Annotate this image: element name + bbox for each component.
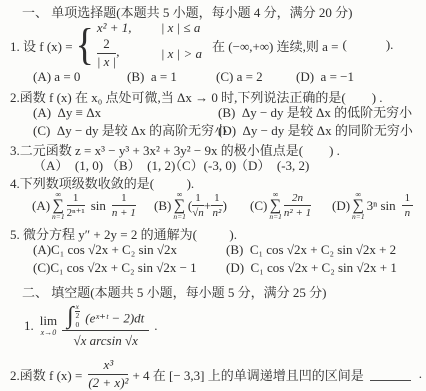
q4-option-c-label: (C) [250,198,267,214]
q3-option-c: （C）(-3, 0) [169,158,235,173]
q4-option-b: (B) ∞∑n=1 ( 1√n + 1n² ) [154,191,250,221]
q1-piecewise-cases: x² + 1, | x | ≤ a 2| x |, | x | > a [97,21,202,69]
section2-question-1: 1. lim x→0 ∫x20 (eˣ⁺ᵗ − 2)dt √x arcsin √… [24,303,422,349]
q1-fraction-numerator: 2 [97,37,116,53]
q1-case2-comma: , [116,44,119,59]
s2q1-numerator: ∫x20 (eˣ⁺ᵗ − 2)dt [62,303,149,331]
q4-option-b-label: (B) [154,198,171,214]
q2-option-a: (A) Δy ≡ Δx [33,105,218,121]
s2q2-prefix: 2.函数 f (x) = [10,365,82,384]
q1-option-c: (C) a = 2 [216,69,296,84]
q5-option-d: (D) C₁ cos √2x + C₂ sin √2x + 1 [226,260,422,276]
q1-case2-condition: | x | > a [161,47,202,60]
integral-limits: x20 [75,303,80,328]
s2q2-period: . [419,366,422,382]
s2q2-fraction-denominator: (2 + x)² [88,375,128,390]
q1-case-row-1: x² + 1, | x | ≤ a [97,21,202,34]
section2-question-2: 2.函数 f (x) = x³ (2 + x)² + 4 在 [− 3,3] 上… [10,355,422,391]
question-4-text: 4.下列数项级数收敛的是( ). [10,176,422,191]
s2q1-main-fraction: ∫x20 (eˣ⁺ᵗ − 2)dt √x arcsin √x [62,303,149,349]
q5-option-c: (C)C₁ cos √2x + C₂ sin √2x − 1 [33,260,226,276]
summation-sigma-icon: ∞∑n=1 [52,191,65,221]
q1-fraction: 2| x | [97,37,116,69]
section1-header: 一、 单项选择题(本题共 5 小题，每小题 4 分，满分 20 分) [22,5,422,21]
q1-tail-text: 在 (−∞,+∞) 连续,则 a = [212,36,338,55]
exam-scan-page: 一、 单项选择题(本题共 5 小题，每小题 4 分，满分 20 分) 1. 设 … [0,0,426,391]
q2-option-b: (B) Δy − dy 是较 Δx 的低阶无穷小 [218,105,422,121]
question-2-text: 2.函数 f (x) 在 x₀ 点处可微,当 Δx → 0 时,下列说法正确的是… [10,90,422,105]
q5-option-b: (B) C₁ cos √2x + C₂ sin √2x + 2 [226,242,422,258]
q4-b-fraction-2: 1n² [211,192,223,219]
q4-b-fraction-1: 1√n [192,192,204,219]
summation-sigma-icon: ∞∑n=1 [173,191,186,221]
q4-option-d: (D) ∞∑n=1 3ⁿ sin 1n [332,191,413,221]
limit-operator: lim x→0 [40,314,57,337]
q4-option-a: (A) ∞∑n=1 12ⁿ⁺¹ sin 1n + 1 [32,191,154,221]
q1-answer-paren: ( ). [343,37,394,53]
q1-case-row-2: 2| x |, | x | > a [97,37,202,69]
q2-options: (A) Δy ≡ Δx (B) Δy − dy 是较 Δx 的低阶无穷小 (C)… [33,105,422,139]
q4-d-fraction: 1n [402,192,414,219]
s2q1-denominator: √x arcsin √x [62,331,149,349]
limit-subscript: x→0 [41,329,57,338]
q3-option-b: （B） (1, 2) [106,158,169,173]
q1-case2-expr: 2| x |, [97,37,161,69]
s2q2-fraction-numerator: x³ [88,358,128,374]
q4-b-close-paren: ) [223,198,227,214]
question-3-text: 3.二元函数 z = x³ − y³ + 3x² + 3y² − 9x 的极小值… [10,143,422,158]
q1-fraction-denominator: | x | [97,54,116,69]
integral-lower-limit: 0 [75,321,80,329]
q1-brace-symbol: { [76,23,94,68]
q5-options: (A)C₁ cos √2x + C₂ sin √2x (B) C₁ cos √2… [33,242,422,276]
integral-group: ∫x20 [67,303,80,328]
s2q1-number: 1. [24,318,34,334]
section2-header: 二、 填空题(本题共 5 小题，每小题 5 分，满分 25 分) [22,285,422,301]
q4-option-a-label: (A) [32,198,50,214]
question-5-text: 5. 微分方程 y″ + 2y = 2 的通解为( ). [10,227,422,242]
q5-option-a: (A)C₁ cos √2x + C₂ sin √2x [33,242,226,258]
integral-sign-icon: ∫ [67,304,74,328]
q4-c-fraction: 2nn² + 1 [284,192,311,219]
limit-text: lim [40,314,57,328]
summation-sigma-icon: ∞∑n=1 [352,191,365,221]
question-1: 1. 设 f (x) = { x² + 1, | x | ≤ a 2| x |,… [10,23,422,67]
q4-d-prefix: 3ⁿ sin [367,198,396,214]
q3-options: （A） (1, 0) （B） (1, 2) （C）(-3, 0) （D） (-3… [33,158,422,173]
summation-sigma-icon: ∞∑n=1 [269,191,282,221]
integral-upper-limit: x2 [75,303,80,319]
q4-options: (A) ∞∑n=1 12ⁿ⁺¹ sin 1n + 1 (B) ∞∑n=1 ( 1… [32,191,422,221]
q1-option-a: (A) a = 0 [33,69,127,84]
q1-case1-condition: | x | ≤ a [161,21,201,34]
q2-option-c: (C) Δy − dy 是较 Δx 的高阶无穷小 [33,123,218,139]
q4-a-fraction-2: 1n + 1 [112,192,136,219]
s2q1-integrand: (eˣ⁺ᵗ − 2)dt [85,311,144,326]
q4-option-d-label: (D) [332,198,350,214]
s2q2-tail: + 4 在 [− 3,3] 上的单调递增且凹的区间是 [132,365,363,384]
q1-options: (A) a = 0 (B) a = 1 (C) a = 2 (D) a = −1 [33,69,422,84]
s2q2-fraction: x³ (2 + x)² [88,358,128,390]
q1-case1-expr: x² + 1, [97,21,161,34]
s2q1-period: . [154,318,157,334]
q4-a-sin: sin [91,198,106,214]
q4-b-plus: + [204,198,211,214]
q4-a-fraction-1: 12ⁿ⁺¹ [67,192,85,219]
q1-option-b: (B) a = 1 [127,69,216,84]
q1-option-d: (D) a = −1 [296,69,354,84]
q4-option-c: (C) ∞∑n=1 2nn² + 1 [250,191,332,221]
answer-blank [370,368,411,381]
q3-option-d: （D） (-3, 2) [235,158,309,173]
q1-prefix: 1. 设 f (x) = [10,36,73,55]
q2-option-d: (D) Δy − dy 是较 Δx 的同阶无穷小 [218,123,422,139]
q3-option-a: （A） (1, 0) [33,158,106,173]
